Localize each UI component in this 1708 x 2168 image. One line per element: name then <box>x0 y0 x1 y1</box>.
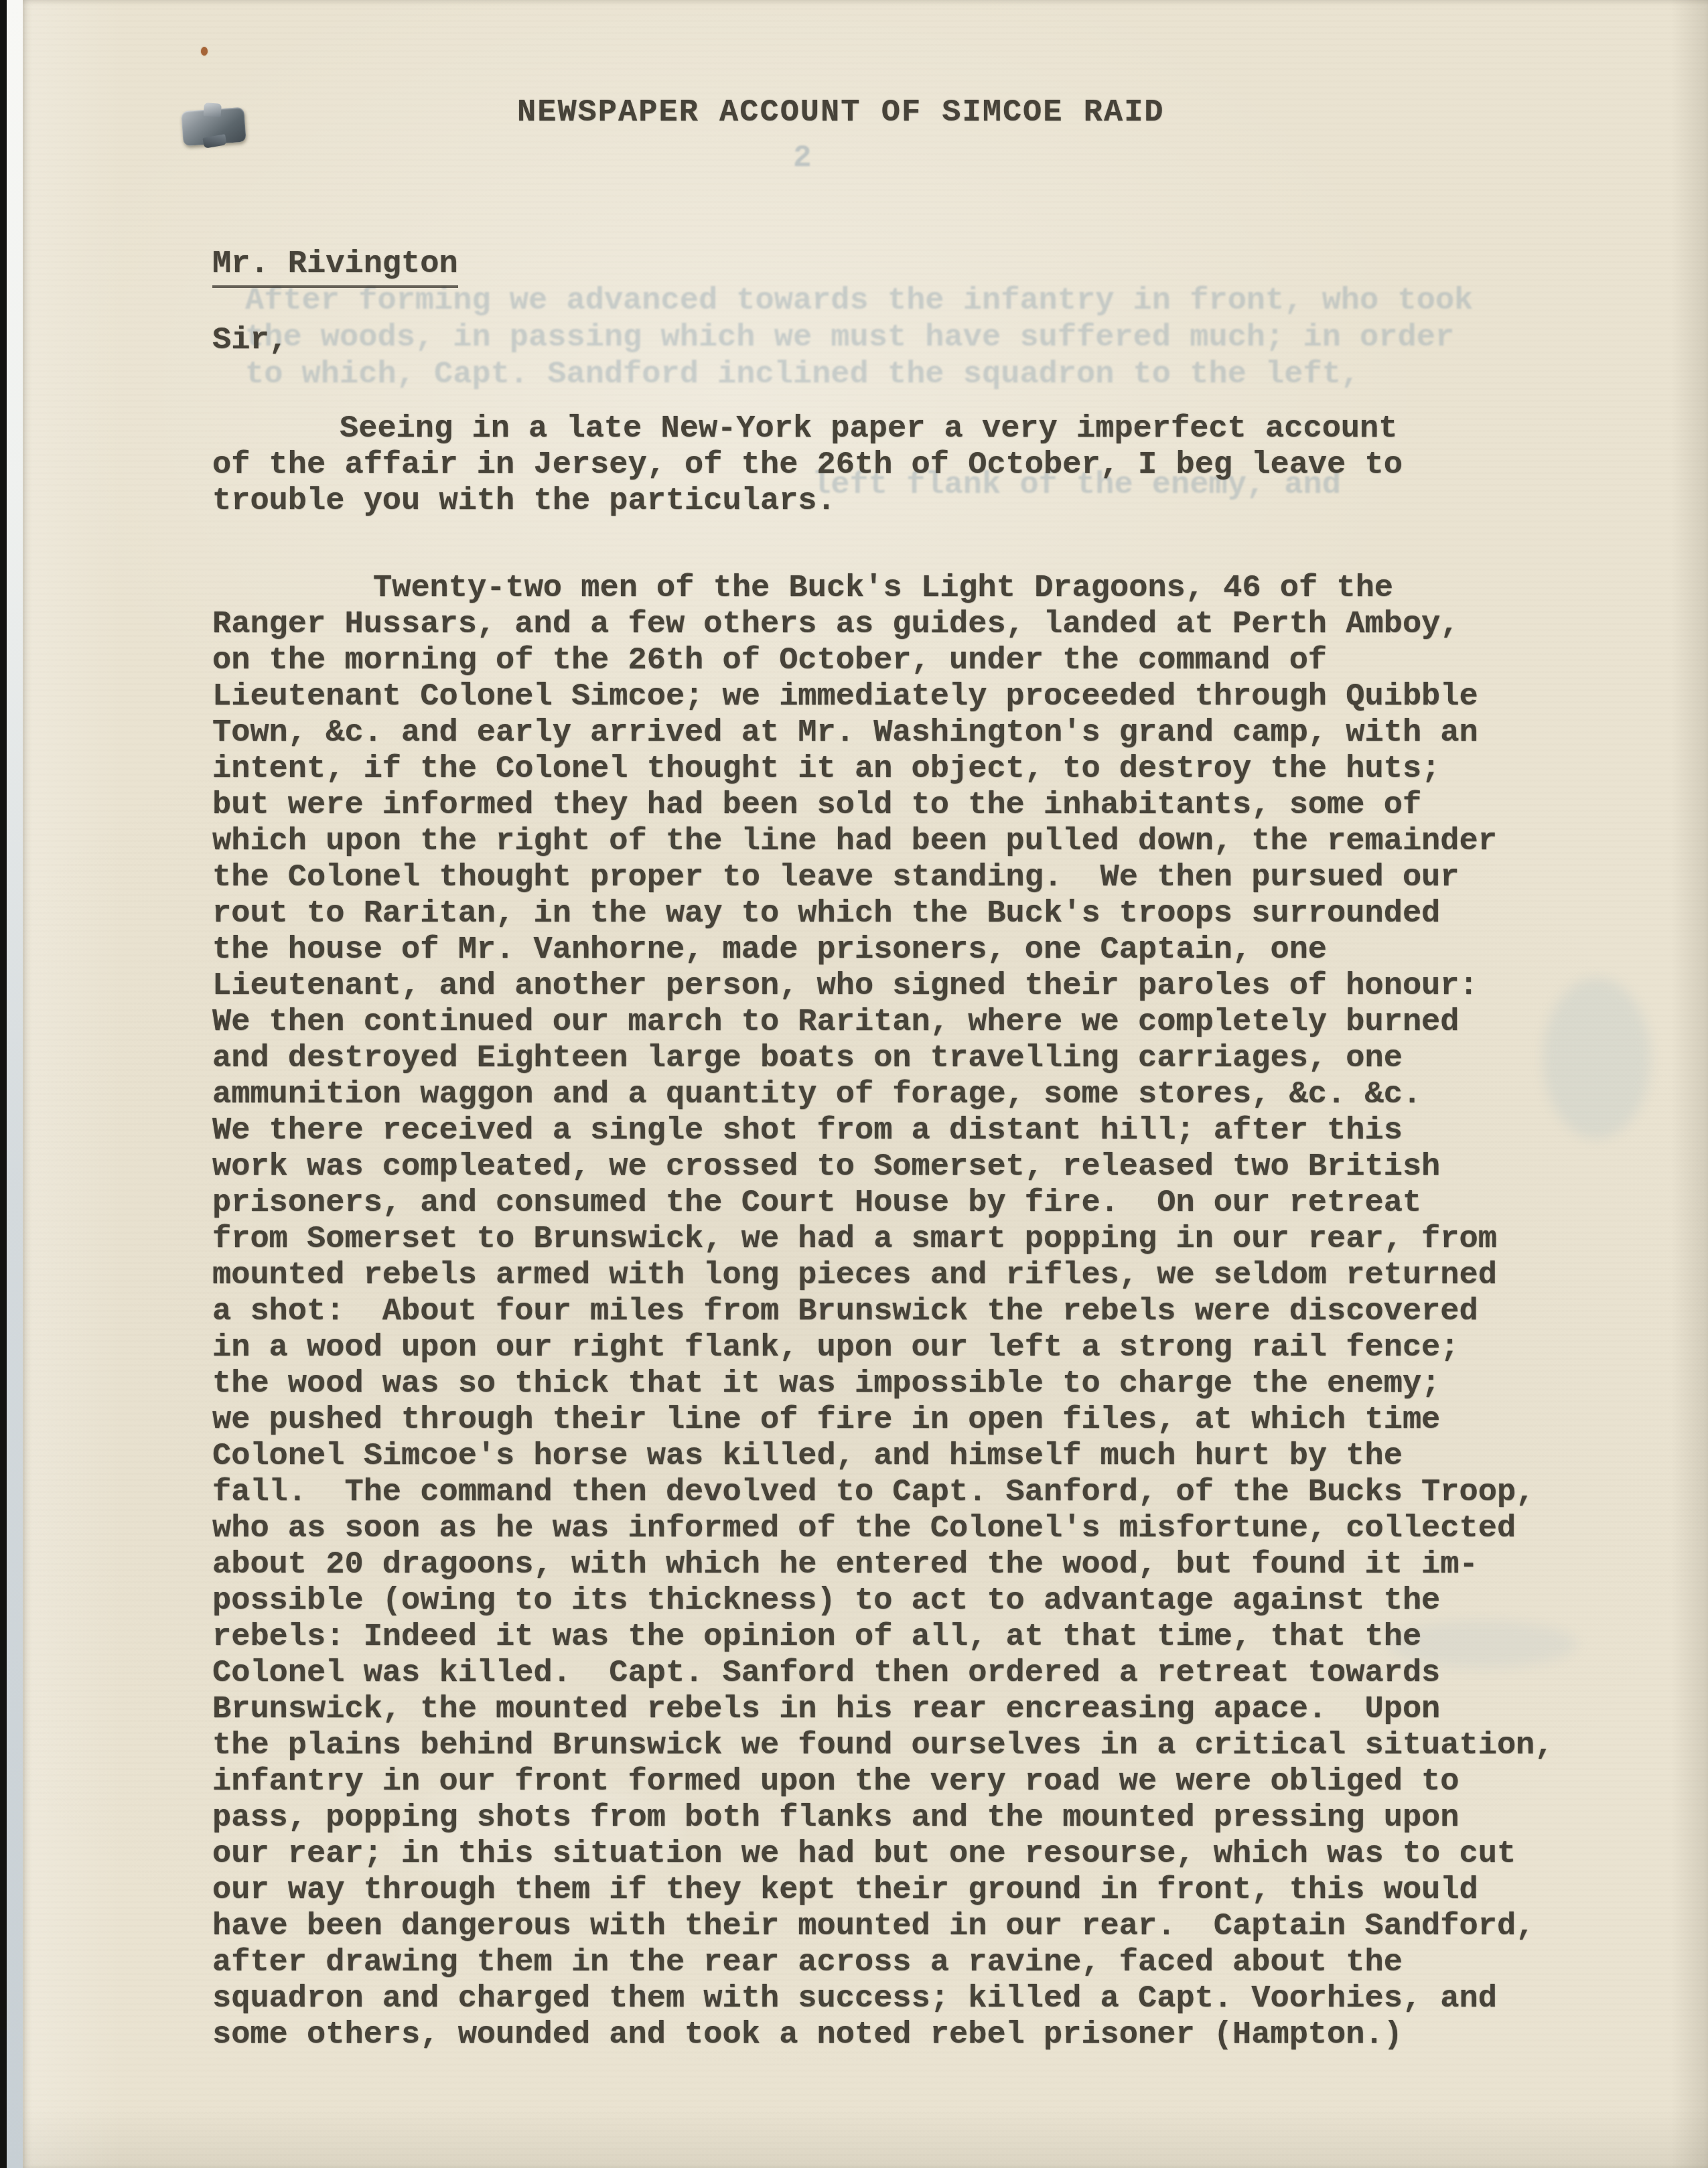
text-line: intent, if the Colonel thought it an obj… <box>212 751 1632 788</box>
text-line: Town, &c. and early arrived at Mr. Washi… <box>212 715 1632 751</box>
text-line: prisoners, and consumed the Court House … <box>212 1185 1632 1222</box>
text-line: our way through them if they kept their … <box>212 1873 1632 1909</box>
text-line: which upon the right of the line had bee… <box>212 824 1632 860</box>
text-line: Twenty-two men of the Buck's Light Drago… <box>212 571 1632 607</box>
text-line: have been dangerous with their mounted i… <box>212 1909 1632 1945</box>
text-line: rebels: Indeed it was the opinion of all… <box>212 1619 1632 1656</box>
bleed-through-page-number: 2 <box>793 141 812 175</box>
text-line: ammunition waggon and a quantity of fora… <box>212 1077 1632 1113</box>
letter-paper: After forming we advanced towards the in… <box>23 0 1708 2168</box>
text-line: possible (owing to its thickness) to act… <box>212 1583 1632 1619</box>
text-line: mounted rebels armed with long pieces an… <box>212 1258 1632 1294</box>
text-line: fall. The command then devolved to Capt.… <box>212 1475 1632 1511</box>
text-line: some others, wounded and took a noted re… <box>212 2017 1632 2053</box>
text-line: the house of Mr. Vanhorne, made prisoner… <box>212 932 1632 968</box>
text-line: but were informed they had been sold to … <box>212 788 1632 824</box>
scanned-page: After forming we advanced towards the in… <box>0 0 1708 2168</box>
paragraph-account: Twenty-two men of the Buck's Light Drago… <box>212 571 1632 2053</box>
metal-fastener <box>181 107 246 146</box>
text-line: Lieutenant Colonel Simcoe; we immediatel… <box>212 679 1632 715</box>
text-line: Seeing in a late New-York paper a very i… <box>212 411 1632 447</box>
text-line: the Colonel thought proper to leave stan… <box>212 860 1632 896</box>
text-line: the plains behind Brunswick we found our… <box>212 1728 1632 1764</box>
backing-sheet-edge <box>7 0 23 2168</box>
text-line: Brunswick, the mounted rebels in his rea… <box>212 1692 1632 1728</box>
text-line: work was compleated, we crossed to Somer… <box>212 1149 1632 1185</box>
text-line: Colonel was killed. Capt. Sanford then o… <box>212 1656 1632 1692</box>
scanner-backdrop-edge <box>0 0 7 2168</box>
text-line: and destroyed Eighteen large boats on tr… <box>212 1041 1632 1077</box>
text-line: about 20 dragoons, with which he entered… <box>212 1547 1632 1583</box>
text-line: in a wood upon our right flank, upon our… <box>212 1330 1632 1366</box>
text-line: rout to Raritan, in the way to which the… <box>212 896 1632 932</box>
text-line: squadron and charged them with success; … <box>212 1981 1632 2017</box>
text-line: we pushed through their line of fire in … <box>212 1402 1632 1439</box>
text-line: from Somerset to Brunswick, we had a sma… <box>212 1222 1632 1258</box>
paragraph-opening: Seeing in a late New-York paper a very i… <box>212 411 1632 520</box>
text-line: a shot: About four miles from Brunswick … <box>212 1294 1632 1330</box>
letter-body: Mr. Rivington Sir, Seeing in a late New-… <box>212 246 1632 2053</box>
text-line: the wood was so thick that it was imposs… <box>212 1366 1632 1402</box>
text-line: Lieutenant, and another person, who sign… <box>212 968 1632 1005</box>
text-line: who as soon as he was informed of the Co… <box>212 1511 1632 1547</box>
text-line: We there received a single shot from a d… <box>212 1113 1632 1149</box>
recipient-name: Mr. Rivington <box>212 246 458 288</box>
text-line: infantry in our front formed upon the ve… <box>212 1764 1632 1800</box>
text-line: We then continued our march to Raritan, … <box>212 1005 1632 1041</box>
text-line: our rear; in this situation we had but o… <box>212 1836 1632 1873</box>
text-line: on the morning of the 26th of October, u… <box>212 643 1632 679</box>
text-line: of the affair in Jersey, of the 26th of … <box>212 447 1632 484</box>
text-line: after drawing them in the rear across a … <box>212 1945 1632 1981</box>
text-line: pass, popping shots from both flanks and… <box>212 1800 1632 1836</box>
page-title: NEWSPAPER ACCOUNT OF SIMCOE RAID <box>517 95 1165 131</box>
text-line: trouble you with the particulars. <box>212 484 1632 520</box>
salutation: Sir, <box>212 323 1632 359</box>
rust-spot <box>201 47 208 56</box>
text-line: Colonel Simcoe's horse was killed, and h… <box>212 1439 1632 1475</box>
text-line: Ranger Hussars, and a few others as guid… <box>212 607 1632 643</box>
